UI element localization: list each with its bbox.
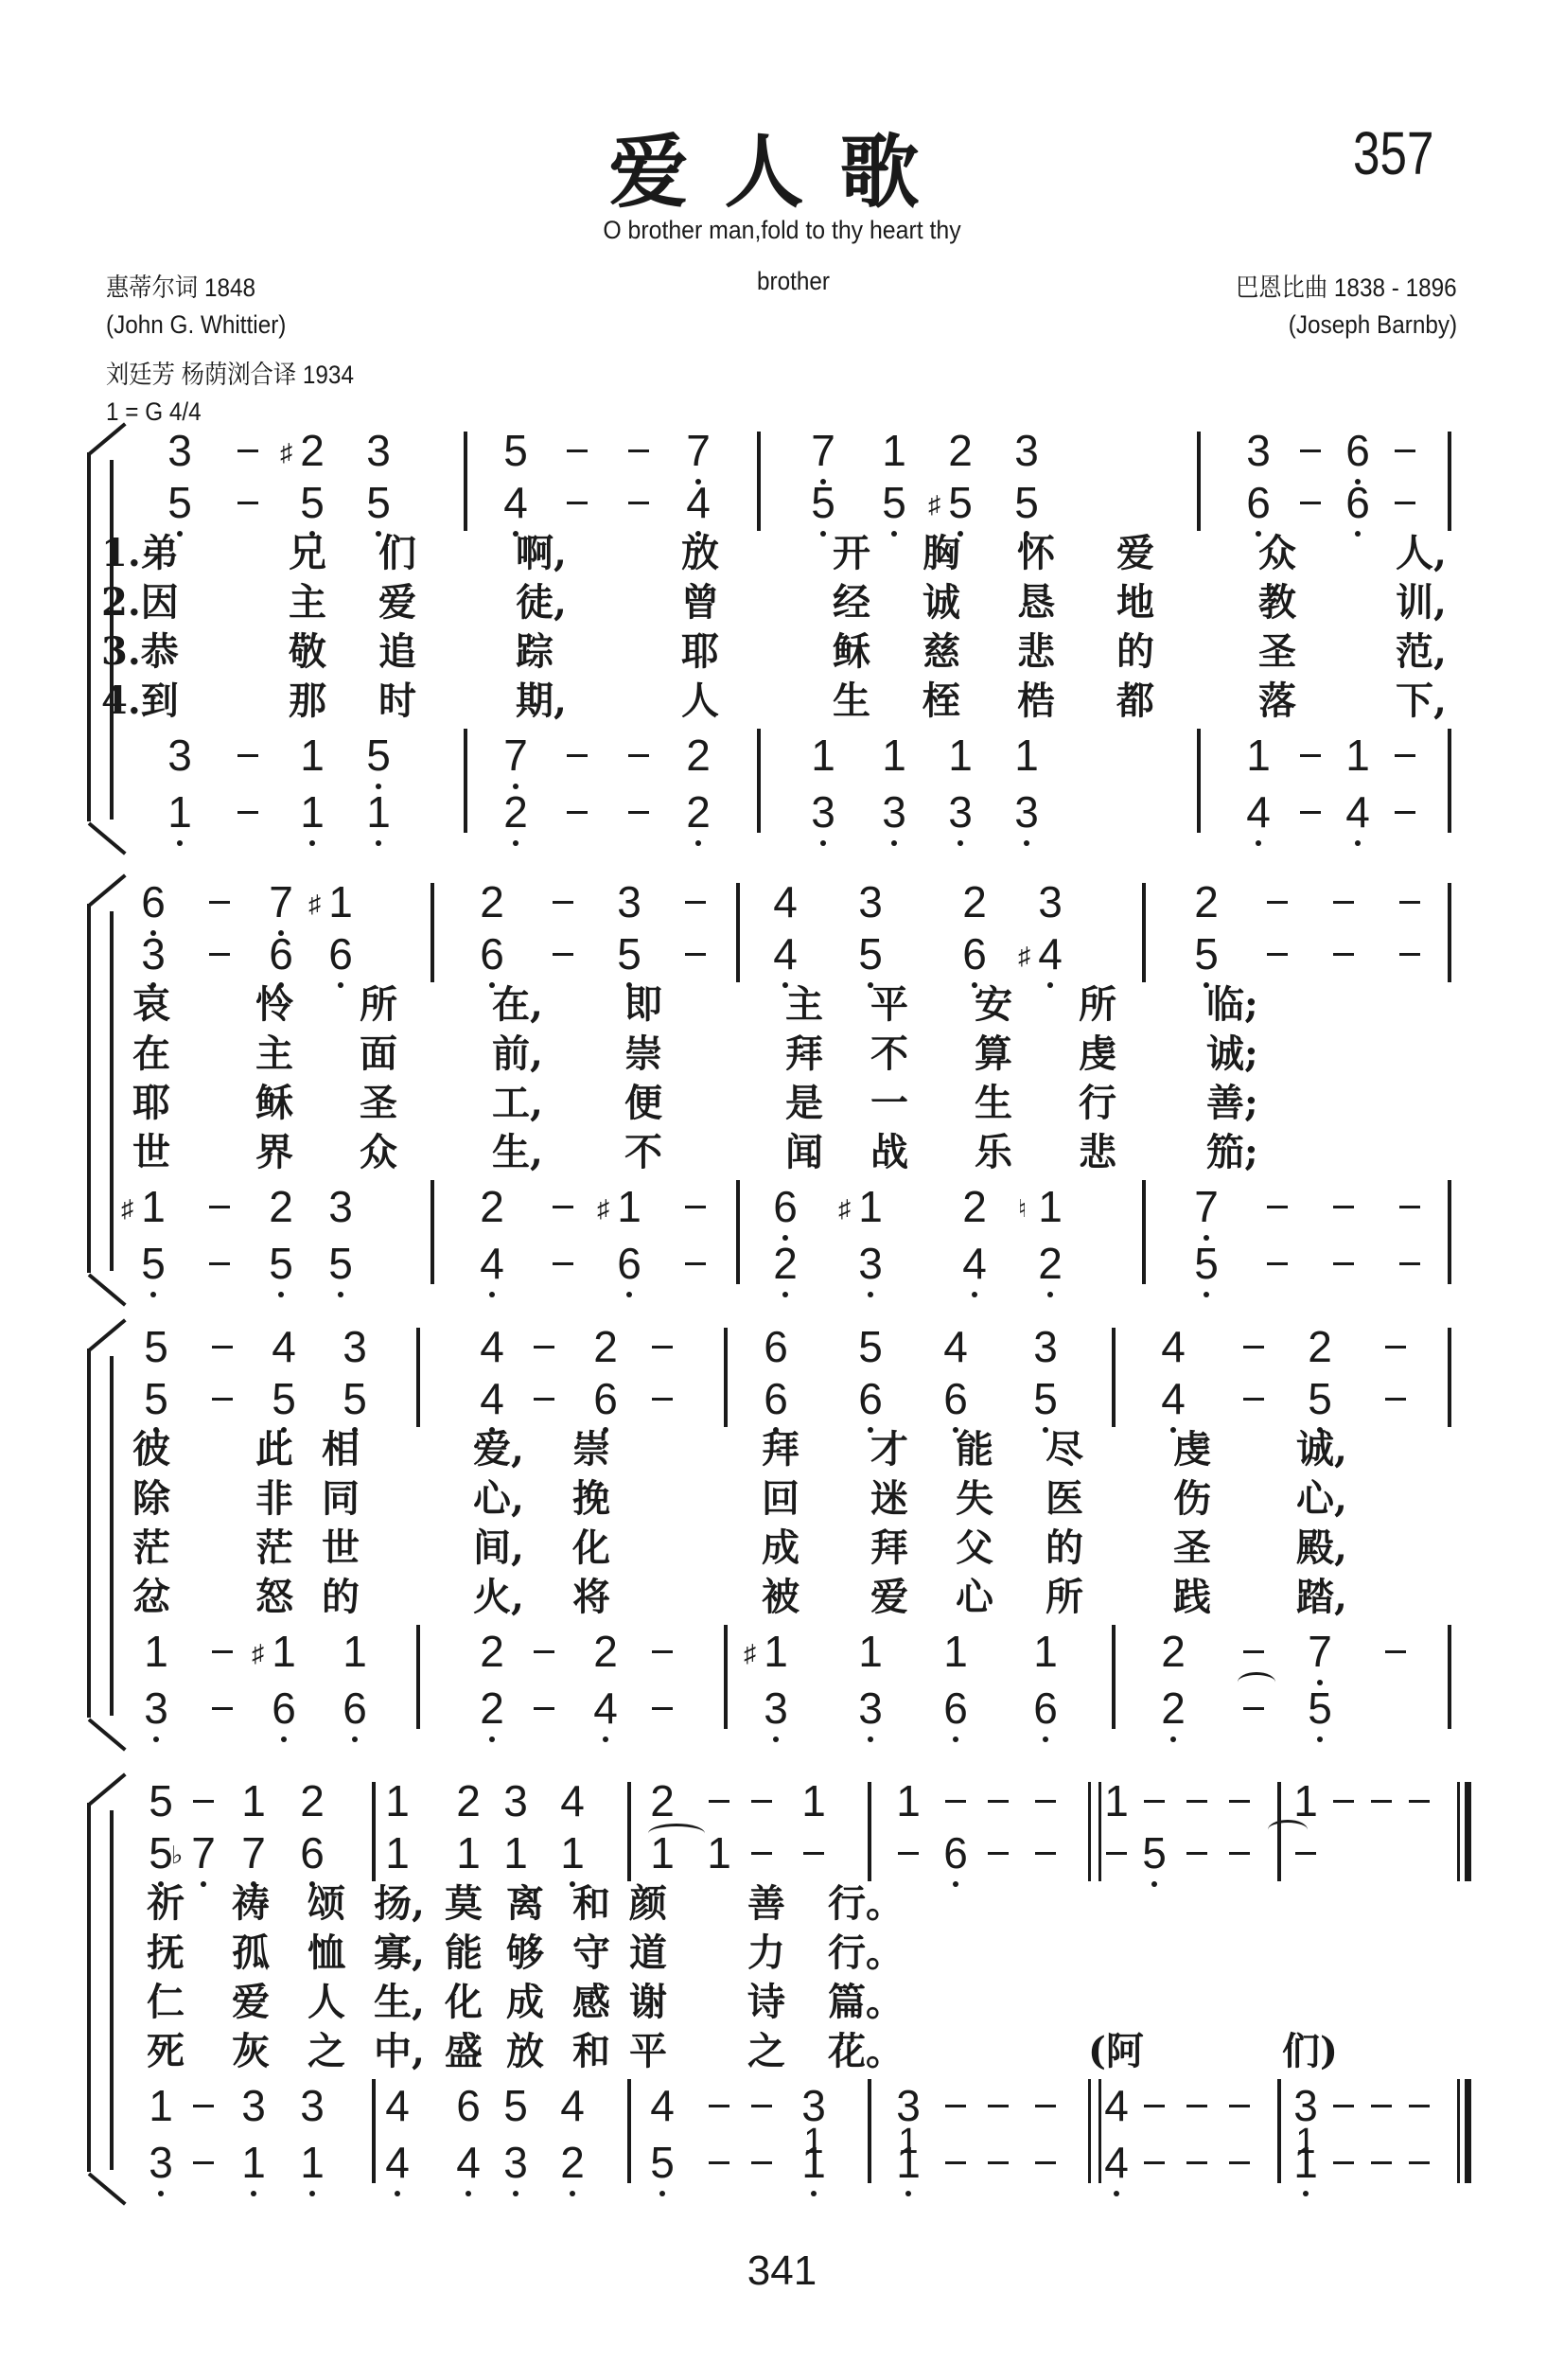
note-digit: 5 [858,1322,883,1371]
lyric-syllable: 们 [378,530,416,577]
dash-hold [567,502,588,504]
barline [416,1328,420,1427]
lyric-syllable: 颜 [629,1880,667,1928]
tenor-note: 1 [1027,1625,1064,1678]
dash-hold [212,1707,233,1710]
note-digit: 4 [943,1322,968,1371]
alto-note: 3 [134,927,172,980]
dash-hold [193,1800,214,1803]
lyric-syllable: 死 [147,2028,185,2075]
lyric-syllable: 所 [360,981,397,1029]
note-digit: 3 [801,2081,826,2130]
note-digit: 6 [480,929,504,978]
lyric-syllable: 不 [870,1031,908,1078]
soprano-note: 4 [473,1320,511,1373]
low-octave-dot [395,2191,400,2196]
alto-note: 6 [587,1372,624,1425]
alto-note: 5 [265,1372,303,1425]
lyric-syllable: 爱, [473,1426,524,1473]
tenor-note: 1 [1339,729,1377,782]
barline [736,1180,740,1284]
note-digit: 4 [1246,787,1271,837]
soprano-note: 1 [795,1774,833,1827]
note-digit: 4 [773,877,798,926]
lyric-syllable: 和 [572,2028,610,2075]
note-digit: 6 [456,2081,481,2130]
tenor-note: 3 [161,729,199,782]
lyric-syllable: 徒, [516,579,567,626]
note-digit: 1 [882,426,906,475]
lyric-syllable: 圣 [1173,1525,1211,1572]
note-digit: 2 [1038,1239,1063,1288]
lyric-syllable: 安 [975,981,1012,1029]
english-title-line2: brother [757,267,830,296]
lyric-syllable: 闻 [785,1129,823,1176]
dash-hold [1371,1800,1392,1803]
note-digit: 5 [503,2081,528,2130]
note-digit: 7 [241,1828,266,1878]
low-octave-dot [513,2191,518,2196]
barline [724,1328,728,1427]
note-digit: 2 [480,1182,504,1231]
dash-hold [628,811,649,814]
dash-hold [553,1262,573,1265]
dash-hold [1333,1800,1354,1803]
note-digit: 3 [503,1776,528,1825]
note-digit: 4 [773,929,798,978]
note-digit: 5 [167,478,192,527]
lyric-syllable: 爱 [378,579,416,626]
note-digit: 2 [480,877,504,926]
lyric-syllable: 4.到 [101,678,179,725]
note-digit: 5 [882,478,906,527]
lyric-syllable: 迷 [870,1475,908,1523]
note-digit: 6 [1246,478,1271,527]
low-octave-dot [811,2191,817,2196]
dash-hold [1243,1707,1264,1710]
lyric-syllable: 不 [624,1129,662,1176]
bass-note: 2 [679,785,717,838]
barline [1197,729,1201,833]
lyric-syllable: 怜 [255,981,293,1029]
note-digit: 3 [343,1322,367,1371]
page-number: 341 [0,2248,1564,2295]
note-digit: 5 [1308,1374,1332,1423]
dash-hold [652,1650,673,1653]
soprano-note: 1♯ [322,875,360,928]
note-digit: 2 [962,877,987,926]
dash-hold [685,953,706,956]
low-octave-dot [158,2191,164,2196]
lyric-syllable: 间, [473,1525,524,1572]
lyric-syllable: 生 [975,1080,1012,1127]
soprano-note: 4 [1154,1320,1192,1373]
tenor-note: 6 [449,2079,487,2132]
system-bracket-inner [110,1810,114,2170]
note-digit: 5 [1014,478,1039,527]
low-octave-dot [1024,840,1029,846]
note-digit: 6 [764,1374,788,1423]
note-digit: 4 [480,1322,504,1371]
dash-hold [1186,2105,1207,2107]
note-digit: 1 [300,2138,325,2187]
note-digit: 1 [896,1776,921,1825]
bass-note: 5 [262,1237,300,1290]
lyric-syllable: 除 [132,1475,170,1523]
note-digit: 5 [503,426,528,475]
dash-hold [652,1707,673,1710]
low-octave-dot [150,1292,156,1297]
tenor-note: 3 [322,1180,360,1233]
note-digit: 4 [1161,1322,1186,1371]
low-octave-dot [489,1737,495,1742]
lyric-syllable: 梏 [1017,678,1055,725]
note-digit: 1 [858,1627,883,1676]
note-digit: 5 [858,929,883,978]
low-octave-dot [466,2191,471,2196]
note-digit: 1 [764,1627,788,1676]
key-time-signature: 1 = G 4/4 [106,397,202,427]
note-digit: 1 [300,731,325,780]
bracket-bottom-hook [88,821,127,855]
note-digit: 7 [811,426,835,475]
sharp-icon: ♯ [308,877,321,930]
note-digit: 2 [300,426,325,475]
dash-hold [751,1800,772,1803]
note-digit: 5 [144,1322,168,1371]
low-octave-dot [489,1292,495,1297]
lyric-syllable: 相 [322,1426,360,1473]
note-digit: 1 [707,1828,731,1878]
alto-note: 6 [293,1826,331,1879]
note-digit: 3 [896,2081,921,2130]
note-digit: 3 [503,2138,528,2187]
dash-hold [652,1346,673,1349]
note-digit: 1 [456,1828,481,1878]
sharp-icon: ♯ [838,1182,851,1235]
dash-hold [567,811,588,814]
slur-tie [1268,1820,1308,1840]
dash-hold [685,901,706,904]
lyric-syllable: 成 [506,1979,544,2026]
bass-note: 5 [1301,1682,1339,1735]
note-digit: 4 [503,478,528,527]
lyric-syllable: 的 [1046,1525,1083,1572]
soprano-note: 2 [293,1774,331,1827]
lyric-syllable: 放 [681,530,719,577]
tenor-note: 2 [587,1625,624,1678]
alto-note: 5 [804,476,842,529]
note-digit: 1 [300,787,325,837]
system-bracket [87,904,108,1273]
alto-note: 5 [1135,1826,1173,1879]
note-digit: 5 [1194,929,1219,978]
tenor-note: 1 [1239,729,1277,782]
bass-note: 1 [1287,2136,1325,2189]
dash-hold [1300,811,1321,814]
lyric-syllable: 稣 [833,628,870,676]
note-digit: 2 [1194,877,1219,926]
tenor-note: 1 [137,1625,175,1678]
note-digit: 1 [1293,2138,1318,2187]
low-octave-dot [603,1737,608,1742]
low-octave-dot [352,1737,358,1742]
dash-hold [1035,2105,1056,2107]
note-digit: 4 [593,1684,618,1733]
note-digit: 1 [858,1182,883,1231]
lyric-syllable: 祈 [147,1880,185,1928]
note-digit: 1 [272,1627,296,1676]
tenor-note: 4 [378,2079,416,2132]
soprano-note: 3 [610,875,648,928]
final-barline [1457,2079,1469,2183]
sharp-icon: ♯ [597,1182,609,1235]
note-digit: 3 [144,1684,168,1733]
lyric-syllable: 火, [473,1574,524,1621]
lyric-syllable: 茫 [132,1525,170,1572]
barline [1112,1328,1116,1427]
dash-hold [1385,1398,1406,1401]
lyric-syllable: 虔 [1173,1426,1211,1473]
tenor-note: 2 [679,729,717,782]
lyric-syllable: 道 [629,1930,667,1977]
low-octave-dot [1047,1292,1053,1297]
note-digit: 4 [962,1239,987,1288]
dash-hold [1144,1800,1165,1803]
low-octave-dot [782,1292,788,1297]
note-digit: 3 [858,877,883,926]
lyric-syllable: 战 [870,1129,908,1176]
bass-note: 2 [1154,1682,1192,1735]
note-digit: 2 [1308,1322,1332,1371]
note-digit: 3 [858,1684,883,1733]
lyric-syllable: 乐 [975,1129,1012,1176]
note-digit: 1 [1246,731,1271,780]
soprano-note: 6 [134,875,172,928]
tenor-note: 5 [497,2079,535,2132]
low-octave-dot [773,1737,779,1742]
alto-note: 6 [757,1372,795,1425]
alto-note: 6 [322,927,360,980]
low-octave-dot [626,1292,632,1297]
lyric-syllable: 慈 [923,628,960,676]
dash-hold [945,1800,966,1803]
note-digit: 6 [1033,1684,1058,1733]
dash-hold [709,2105,729,2107]
lyric-syllable: 在 [132,1031,170,1078]
tenor-note: 7 [1187,1180,1225,1233]
lyric-syllable: 力 [747,1930,785,1977]
barline [1197,432,1201,531]
lyric-syllable: 耶 [681,628,719,676]
lyric-syllable: 训, [1396,579,1447,626]
lyric-syllable: 怀 [1017,530,1055,577]
low-octave-dot [1303,2191,1309,2196]
low-octave-dot [695,840,701,846]
low-octave-dot [309,840,315,846]
note-digit: 3 [167,426,192,475]
lyric-syllable: 笳; [1206,1129,1258,1176]
lyric-syllable: 开 [833,530,870,577]
soprano-note: 4 [766,875,804,928]
lyric-syllable: 才 [870,1426,908,1473]
note-digit: 2 [480,1684,504,1733]
tenor-note: 2 [1154,1625,1192,1678]
low-octave-dot [972,1292,977,1297]
sharp-icon: ♯ [928,478,940,531]
note-digit: 1 [328,877,353,926]
alto-note: 5 [360,476,397,529]
tenor-note: 1♯ [757,1625,795,1678]
alto-note: 5 [161,476,199,529]
alto-note: 5 [610,927,648,980]
note-digit: 5 [328,1239,353,1288]
lyric-syllable: 崇 [572,1426,610,1473]
lyric-syllable: 爱 [1116,530,1154,577]
dash-hold [1243,1398,1264,1401]
lyric-syllable: 哀 [132,981,170,1029]
lyric-syllable: 回 [762,1475,800,1523]
alto-note: 5 [852,927,889,980]
lyric-syllable: 同 [322,1475,360,1523]
alto-note: 1 [449,1826,487,1879]
lyric-syllable: 尽 [1046,1426,1083,1473]
dash-hold [628,502,649,504]
alto-note: 1 [700,1826,738,1879]
tenor-note: 3 [1287,2079,1325,2132]
tenor-note: 2 [473,1625,511,1678]
lyric-syllable: 生 [833,678,870,725]
tenor-note: 1♯ [610,1180,648,1233]
note-digit: 5 [811,478,835,527]
dash-hold [945,2161,966,2164]
note-digit: 7 [1308,1627,1332,1676]
low-octave-dot [953,1737,958,1742]
bass-note: 1 [293,785,331,838]
dash-hold [1371,2161,1392,2164]
note-digit: 2 [456,1776,481,1825]
lyric-syllable: 诚, [1296,1426,1347,1473]
lyric-syllable: 在, [492,981,543,1029]
hymn-number: 357 [1353,118,1433,188]
alto-note: 4 [497,476,535,529]
lyric-syllable: 抚 [147,1930,185,1977]
note-digit: 4 [560,2081,585,2130]
note-digit: 5 [948,478,973,527]
lyric-syllable: 拜 [762,1426,800,1473]
soprano-note: 1 [378,1774,416,1827]
note-digit: 3 [858,1239,883,1288]
note-digit: 7 [191,1828,216,1878]
lyric-syllable: 主 [289,579,326,626]
sharp-icon: ♯ [252,1627,264,1680]
lyric-syllable: 主 [785,981,823,1029]
lyric-syllable: 临; [1206,981,1258,1029]
lyric-syllable: 彼 [132,1426,170,1473]
note-digit: 4 [560,1776,585,1825]
soprano-note: 5 [142,1774,180,1827]
dash-hold [209,953,230,956]
soprano-note: 7 [679,424,717,477]
lyric-syllable: 悲 [1079,1129,1116,1176]
lyric-syllable: 稣 [255,1080,293,1127]
bass-note: 4 [378,2136,416,2189]
lyric-syllable: 主 [255,1031,293,1078]
lyric-syllable: 寡, [374,1930,425,1977]
note-digit: 4 [1345,787,1370,837]
note-digit: 2 [480,1627,504,1676]
soprano-note: 3 [360,424,397,477]
note-digit: 1 [801,2138,826,2187]
note-digit: 1 [167,787,192,837]
lyric-syllable: 成 [762,1525,800,1572]
lyric-syllable: 前, [492,1031,543,1078]
soprano-note: 2 [449,1774,487,1827]
lyric-syllable: 行。 [828,1880,904,1928]
dash-hold [1300,450,1321,452]
note-digit: 3 [617,877,641,926]
note-digit: 6 [943,1374,968,1423]
dash-hold [1267,1262,1288,1265]
lyric-syllable: 医 [1046,1475,1083,1523]
dash-hold [1035,1800,1056,1803]
soprano-note: 5 [497,424,535,477]
alto-note: 4♯ [1031,927,1069,980]
lyric-syllable: 崇 [624,1031,662,1078]
note-digit: 6 [1345,478,1370,527]
dash-hold [988,1800,1009,1803]
lyric-syllable: 地 [1116,579,1154,626]
lyric-syllable: 世 [322,1525,360,1572]
lyric-syllable: 挽 [572,1475,610,1523]
dash-hold [709,1800,729,1803]
note-digit: 5 [366,478,391,527]
bass-note: 4 [956,1237,993,1290]
lyric-syllable: 人, [1396,530,1447,577]
bass-note: 5 [643,2136,681,2189]
note-digit: 1 [385,1776,410,1825]
note-digit: 4 [272,1322,296,1371]
lyric-syllable: 便 [624,1080,662,1127]
note-digit: 6 [764,1322,788,1371]
lyric-syllable: 此 [255,1426,293,1473]
bass-note: 2 [473,1682,511,1735]
alto-note: 6 [262,927,300,980]
note-digit: 1 [241,1776,266,1825]
dash-hold [1144,2161,1165,2164]
note-digit: 4 [650,2081,675,2130]
tenor-note: 7 [1301,1625,1339,1678]
lyric-syllable: 面 [360,1031,397,1078]
low-octave-dot [513,840,518,846]
soprano-note: 4 [554,1774,591,1827]
dash-hold [1333,1262,1354,1265]
low-octave-dot [891,840,897,846]
barline [1142,1180,1146,1284]
note-digit: 2 [269,1182,293,1231]
lyric-syllable: 放 [506,2028,544,2075]
lyric-syllable: 诚 [923,579,960,626]
soprano-note: 2 [587,1320,624,1373]
note-digit: 1 [1293,1776,1318,1825]
lyric-syllable: 化 [445,1979,483,2026]
bracket-bottom-hook [88,1273,127,1306]
note-digit: 3 [1014,426,1039,475]
tenor-note: 2 [956,1180,993,1233]
low-octave-dot [905,2191,911,2196]
lyric-syllable: 啊, [516,530,567,577]
dash-hold [1399,953,1420,956]
